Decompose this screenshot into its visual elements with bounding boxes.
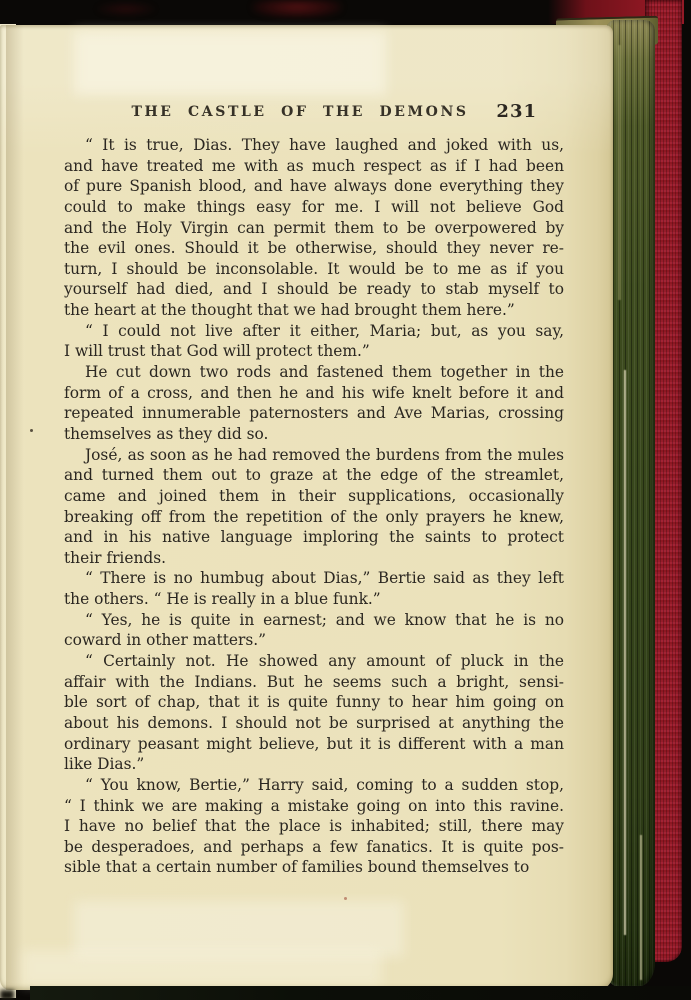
page-number: 231 (496, 101, 537, 122)
running-header-title: THE CASTLE OF THE DEMONS (50, 104, 550, 120)
scan-light-band (22, 950, 382, 986)
text-line: the evil ones. Should it be otherwise, s… (64, 238, 564, 259)
gutter-shadow (6, 25, 24, 990)
text-line: yourself had died, and I should be ready… (64, 279, 564, 300)
page-text: “ It is true, Dias. They have laughed an… (64, 135, 564, 878)
paragraph: “ You know, Bertie,” Harry said, coming … (64, 775, 564, 878)
text-line: He cut down two rods and fastened them t… (64, 362, 564, 383)
paragraph: “ Yes, he is quite in earnest; and we kn… (64, 610, 564, 651)
cover-red-smudge (96, 2, 156, 16)
text-line: be desperadoes, and perhaps a few fanati… (64, 837, 564, 858)
scanned-book-photo: THE CASTLE OF THE DEMONS 231 “ It is tru… (0, 0, 691, 1000)
paragraph: José, as soon as he had removed the burd… (64, 445, 564, 569)
text-line: could to make things easy for me. I will… (64, 197, 564, 218)
paragraph: He cut down two rods and fastened them t… (64, 362, 564, 445)
text-line: and have treated me with as much respect… (64, 156, 564, 177)
paragraph: “ There is no humbug about Dias,” Bertie… (64, 568, 564, 609)
text-line: like Dias.” (64, 754, 564, 775)
paragraph: “ Certainly not. He showed any amount of… (64, 651, 564, 775)
text-line: the heart at the thought that we had bro… (64, 300, 564, 321)
text-line: I have no belief that the place is inhab… (64, 816, 564, 837)
text-line: repeated innumerable paternosters and Av… (64, 403, 564, 424)
text-line: “ It is true, Dias. They have laughed an… (64, 135, 564, 156)
text-line: and in his native language imploring the… (64, 527, 564, 548)
text-line: their friends. (64, 548, 564, 569)
text-line: and turned them out to graze at the edge… (64, 465, 564, 486)
text-line: the others. “ He is really in a blue fun… (64, 589, 564, 610)
scan-light-band (74, 31, 386, 95)
paper-speck (30, 429, 33, 432)
text-line: “ Yes, he is quite in earnest; and we kn… (64, 610, 564, 631)
text-line: coward in other matters.” (64, 630, 564, 651)
fore-edge-streak (640, 835, 642, 980)
text-line: breaking off from the repetition of the … (64, 507, 564, 528)
text-line: I will trust that God will protect them.… (64, 341, 564, 362)
text-line: themselves as they did so. (64, 424, 564, 445)
text-line: affair with the Indians. But he seems su… (64, 672, 564, 693)
fore-edge-streak (624, 370, 626, 935)
cover-red-smudge (252, 0, 342, 18)
text-line: “ I think we are making a mistake going … (64, 796, 564, 817)
text-line: of pure Spanish blood, and have always d… (64, 176, 564, 197)
text-line: “ Certainly not. He showed any amount of… (64, 651, 564, 672)
bottom-left-shadow (0, 990, 14, 1000)
text-line: came and joined them in their supplicati… (64, 486, 564, 507)
text-line: turn, I should be inconsolable. It would… (64, 259, 564, 280)
bottom-shadow-band (30, 986, 691, 1000)
book-page: THE CASTLE OF THE DEMONS 231 “ It is tru… (0, 25, 613, 990)
text-line: “ I could not live after it either, Mari… (64, 321, 564, 342)
text-line: sible that a certain number of families … (64, 857, 564, 878)
text-line: form of a cross, and then he and his wif… (64, 383, 564, 404)
paragraph: “ I could not live after it either, Mari… (64, 321, 564, 362)
scan-light-band (74, 901, 404, 957)
running-header: THE CASTLE OF THE DEMONS 231 (64, 104, 564, 126)
text-line: and the Holy Virgin can permit them to b… (64, 218, 564, 239)
text-line: “ There is no humbug about Dias,” Bertie… (64, 568, 564, 589)
text-line: “ You know, Bertie,” Harry said, coming … (64, 775, 564, 796)
text-line: ordinary peasant might believe, but it i… (64, 734, 564, 755)
text-line: ble sort of chap, that it is quite funny… (64, 692, 564, 713)
fore-edge-streak (618, 45, 621, 300)
paper-speck (344, 897, 347, 900)
fore-edge-pages (607, 20, 655, 987)
text-line: José, as soon as he had removed the burd… (64, 445, 564, 466)
paragraph: “ It is true, Dias. They have laughed an… (64, 135, 564, 321)
text-line: about his demons. I should not be surpri… (64, 713, 564, 734)
